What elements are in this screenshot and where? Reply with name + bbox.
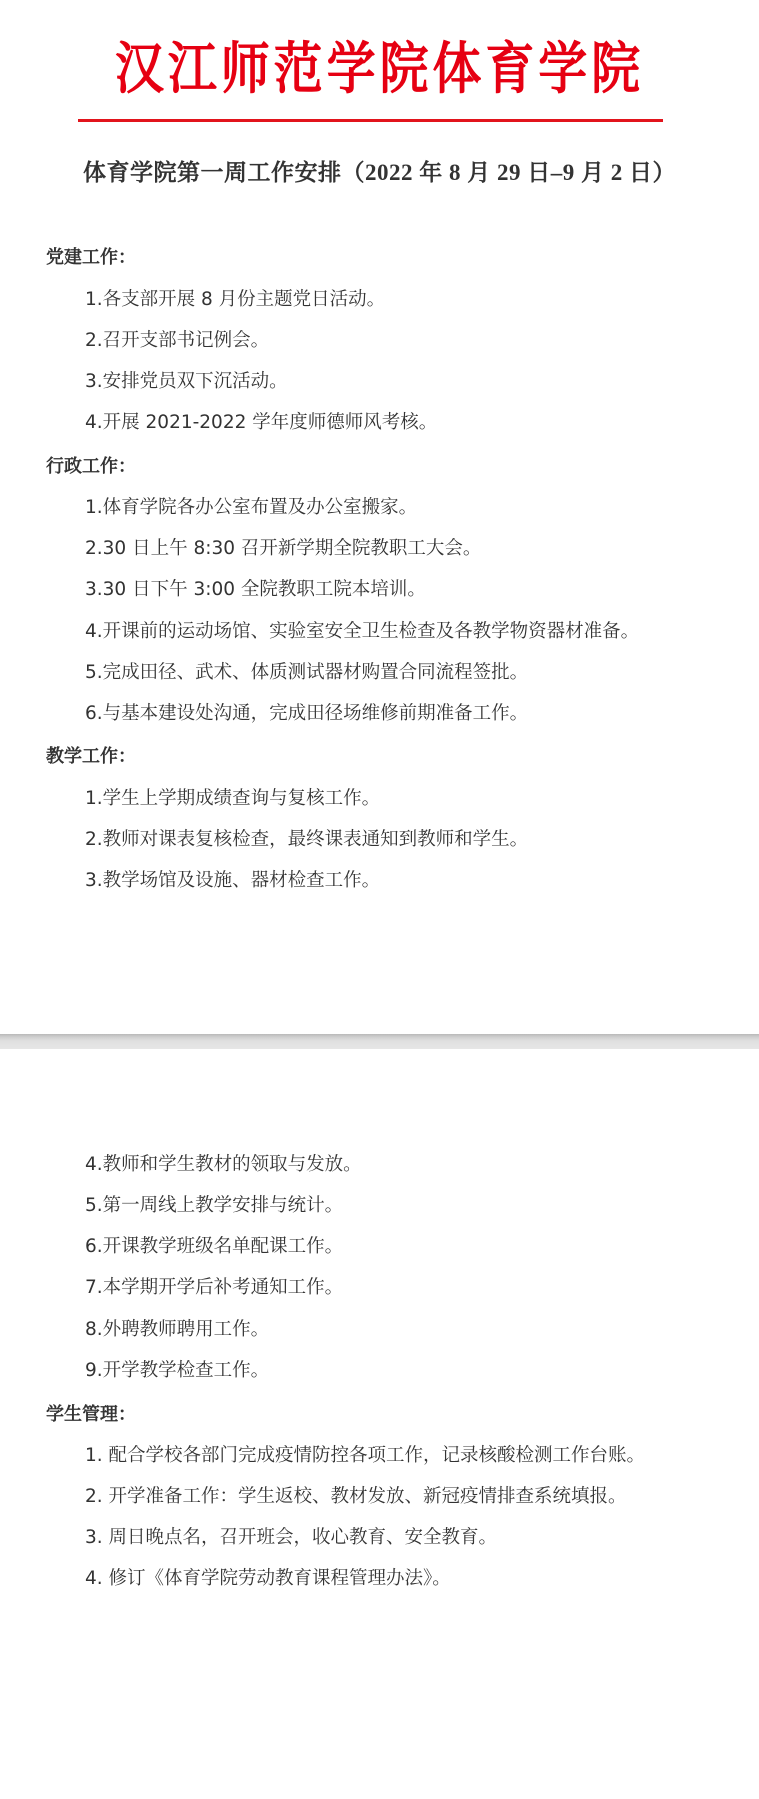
list-item: 6.与基本建设处沟通，完成田径场维修前期准备工作。 — [85, 702, 528, 726]
document-page-1: 汉江师范学院体育学院 体育学院第一周工作安排（2022 年 8 月 29 日–9… — [0, 0, 759, 1034]
section-heading-teaching: 教学工作： — [46, 745, 136, 769]
list-item: 4.开展 2021-2022 学年度师德师风考核。 — [85, 411, 437, 435]
list-item: 3. 周日晚点名，召开班会，收心教育、安全教育。 — [85, 1526, 497, 1550]
document-page-2: 4.教师和学生教材的领取与发放。 5.第一周线上教学安排与统计。 6.开课教学班… — [0, 1049, 759, 1799]
list-item: 4.开课前的运动场馆、实验室安全卫生检查及各教学物资器材准备。 — [85, 620, 639, 644]
list-item: 2.召开支部书记例会。 — [85, 329, 269, 353]
list-item: 1.体育学院各办公室布置及办公室搬家。 — [85, 496, 417, 520]
section-heading-administration: 行政工作： — [46, 455, 136, 479]
section-heading-party-building: 党建工作： — [46, 246, 136, 270]
list-item: 3.安排党员双下沉活动。 — [85, 370, 288, 394]
document-subtitle: 体育学院第一周工作安排（2022 年 8 月 29 日–9 月 2 日） — [0, 156, 759, 190]
list-item: 5.第一周线上教学安排与统计。 — [85, 1194, 343, 1218]
list-item: 7.本学期开学后补考通知工作。 — [85, 1276, 343, 1300]
list-item: 1.各支部开展 8 月份主题党日活动。 — [85, 288, 385, 312]
page-break — [0, 1034, 759, 1049]
list-item: 3.30 日下午 3:00 全院教职工院本培训。 — [85, 578, 426, 602]
section-heading-student-management: 学生管理： — [46, 1403, 136, 1427]
list-item: 1.学生上学期成绩查询与复核工作。 — [85, 787, 380, 811]
red-header-rule — [78, 119, 663, 122]
list-item: 2.30 日上午 8:30 召开新学期全院教职工大会。 — [85, 537, 481, 561]
list-item: 2. 开学准备工作：学生返校、教材发放、新冠疫情排查系统填报。 — [85, 1485, 627, 1509]
list-item: 3.教学场馆及设施、器材检查工作。 — [85, 869, 380, 893]
list-item: 8.外聘教师聘用工作。 — [85, 1318, 269, 1342]
org-title: 汉江师范学院体育学院 — [8, 30, 752, 108]
list-item: 2.教师对课表复核检查，最终课表通知到教师和学生。 — [85, 828, 528, 852]
list-item: 6.开课教学班级名单配课工作。 — [85, 1235, 343, 1259]
list-item: 4.教师和学生教材的领取与发放。 — [85, 1153, 362, 1177]
list-item: 4. 修订《体育学院劳动教育课程管理办法》。 — [85, 1567, 451, 1591]
list-item: 9.开学教学检查工作。 — [85, 1359, 269, 1383]
list-item: 5.完成田径、武术、体质测试器材购置合同流程签批。 — [85, 661, 528, 685]
list-item: 1. 配合学校各部门完成疫情防控各项工作，记录核酸检测工作台账。 — [85, 1444, 645, 1468]
